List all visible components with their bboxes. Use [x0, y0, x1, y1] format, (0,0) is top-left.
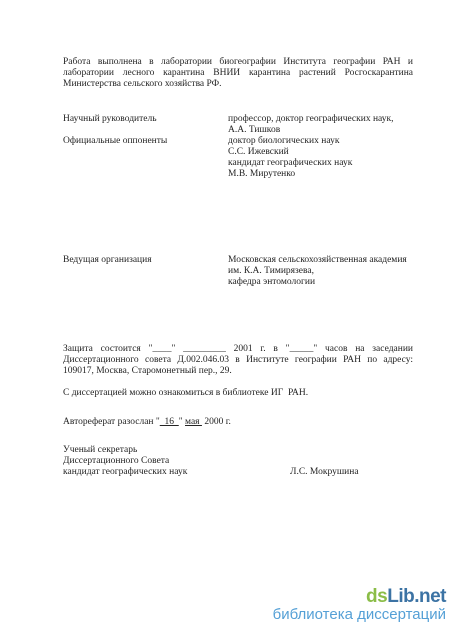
defense-notice: Защита состоится "____" _________ 2001 г… — [63, 344, 413, 377]
leading-organization-values: Московская сельскохозяйственная академия… — [228, 255, 413, 288]
value-line: М.В. Мирутенко — [228, 169, 413, 180]
logo-ds: ds — [366, 586, 387, 607]
dissertation-abstract-page: Работа выполнена в лаборатории биогеогра… — [0, 0, 450, 636]
dslib-watermark-link[interactable]: dsLib.net библиотека диссертаций — [273, 587, 446, 623]
opponents-label: Официальные оппоненты — [63, 136, 228, 180]
supervisor-values: профессор, доктор географических наук, А… — [228, 114, 413, 136]
signature-title-line: кандидат географических наук — [63, 467, 187, 478]
leading-organization-label: Ведущая организация — [63, 255, 228, 288]
mailed-day: 16 — [160, 417, 179, 427]
signature-block: Ученый секретарь Диссертационного Совета… — [63, 445, 187, 478]
affiliation-paragraph: Работа выполнена в лаборатории биогеогра… — [63, 57, 413, 90]
value-line: им. К.А. Тимирязева, — [228, 266, 413, 277]
secretary-name: Л.С. Мокрушина — [290, 467, 359, 478]
dslib-logo: dsLib.net — [273, 587, 446, 607]
value-line: доктор биологических наук — [228, 136, 413, 147]
value-line: кафедра энтомологии — [228, 277, 413, 288]
signature-title-line: Диссертационного Совета — [63, 456, 187, 467]
abstract-mailed-line: Автореферат разослан " 16 " мая 2000 г. — [63, 417, 413, 428]
library-access-note: С диссертацией можно ознакомиться в библ… — [63, 388, 413, 399]
leading-organization-row: Ведущая организация Московская сельскохо… — [63, 255, 413, 288]
supervisor-label: Научный руководитель — [63, 114, 228, 136]
value-line: Московская сельскохозяйственная академия — [228, 255, 413, 266]
value-line: профессор, доктор географических наук, — [228, 114, 413, 125]
mailed-month: мая — [185, 417, 202, 427]
value-line: кандидат географических наук — [228, 158, 413, 169]
value-line: С.С. Ижевский — [228, 147, 413, 158]
opponents-row: Официальные оппоненты доктор биологическ… — [63, 136, 413, 180]
logo-libnet: Lib.net — [387, 586, 446, 607]
value-line: А.А. Тишков — [228, 125, 413, 136]
supervisor-row: Научный руководитель профессор, доктор г… — [63, 114, 413, 136]
mailed-prefix: Автореферат разослан " — [63, 417, 160, 427]
opponents-values: доктор биологических наук С.С. Ижевский … — [228, 136, 413, 180]
signature-title-line: Ученый секретарь — [63, 445, 187, 456]
mailed-suffix: 2000 г. — [202, 417, 231, 427]
logo-tagline: библиотека диссертаций — [273, 607, 446, 623]
